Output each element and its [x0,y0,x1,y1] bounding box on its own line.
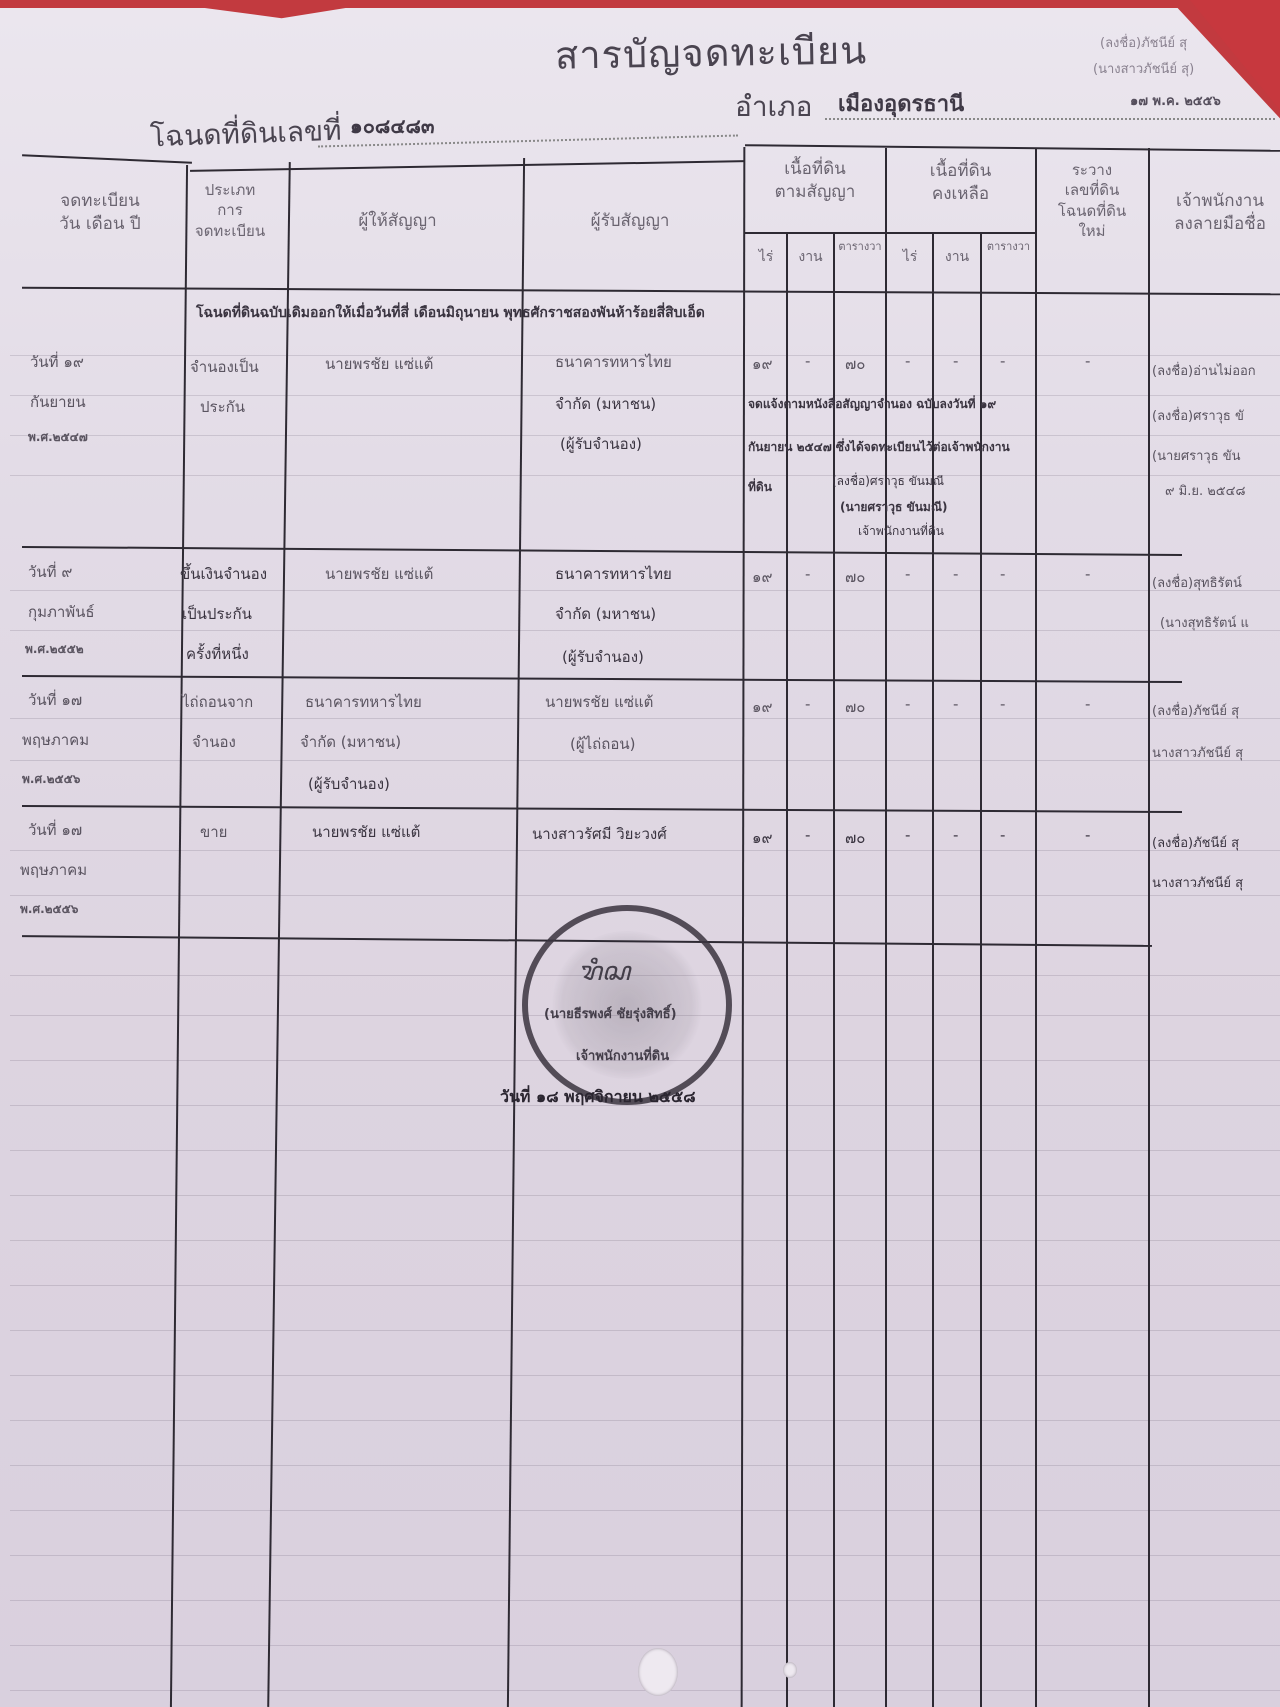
subheader-ngan-2: งาน [934,248,980,267]
deed-number-value: ๑๐๘๔๘๓ [350,110,435,142]
subheader-ngan: งาน [788,248,833,267]
header-new-parcel: ระวาง เลขที่ดิน โฉนดที่ดิน ใหม่ [1036,160,1148,241]
deed-number-label: โฉนดที่ดินเลขที่ [149,109,342,160]
corner-note-name: (นางสาวภัชนีย์ สุ) [1093,58,1194,79]
paper-hole [783,1662,797,1678]
subheader-sqwa: ตารางวา [835,240,885,255]
document-title: สารบัญจดทะเบียน [554,19,867,85]
amphoe-dotted-line [825,118,1275,120]
amphoe-value: เมืองอุดรธานี [838,86,964,121]
original-deed-note: โฉนดที่ดินฉบับเดิมออกให้เมื่อวันที่สี่ เ… [196,302,705,324]
header-grantee: ผู้รับสัญญา [520,210,740,233]
official-seal-stamp: ꦫꦶꦱ (นายธีรพงศ์ ชัยรุ่งสิทธิ์) เจ้าพนักง… [522,905,732,1105]
corner-note-date: ๑๗ พ.ค. ๒๕๕๖ [1130,90,1221,111]
header-area-contract: เนื้อที่ดิน ตามสัญญา [745,158,885,204]
officer-signature: ꦫꦶꦱ [578,951,630,1004]
document-paper [0,8,1280,1707]
paper-hole [638,1648,678,1696]
subheader-sqwa-2: ตารางวา [982,240,1035,255]
stamp-date: วันที่ ๑๘ พฤศจิกายน ๒๕๕๘ [500,1085,696,1110]
amphoe-label: อำเภอ [735,85,812,129]
subheader-rai-2: ไร่ [888,248,932,267]
header-grantor: ผู้ให้สัญญา [285,210,510,233]
corner-note-signature: (ลงชื่อ)ภัชนีย์ สุ [1100,32,1187,53]
stamp-officer-role: เจ้าพนักงานที่ดิน [576,1045,669,1066]
header-area-remaining: เนื้อที่ดิน คงเหลือ [888,160,1033,206]
stamp-officer-name: (นายธีรพงศ์ ชัยรุ่งสิทธิ์) [544,1003,677,1024]
subheader-rai: ไร่ [745,248,787,267]
header-registration-date: จดทะเบียน วัน เดือน ปี [30,190,170,236]
header-registration-type: ประเภท การ จดทะเบียน [185,180,275,241]
header-officer: เจ้าพนักงาน ลงลายมือชื่อ [1150,190,1280,236]
